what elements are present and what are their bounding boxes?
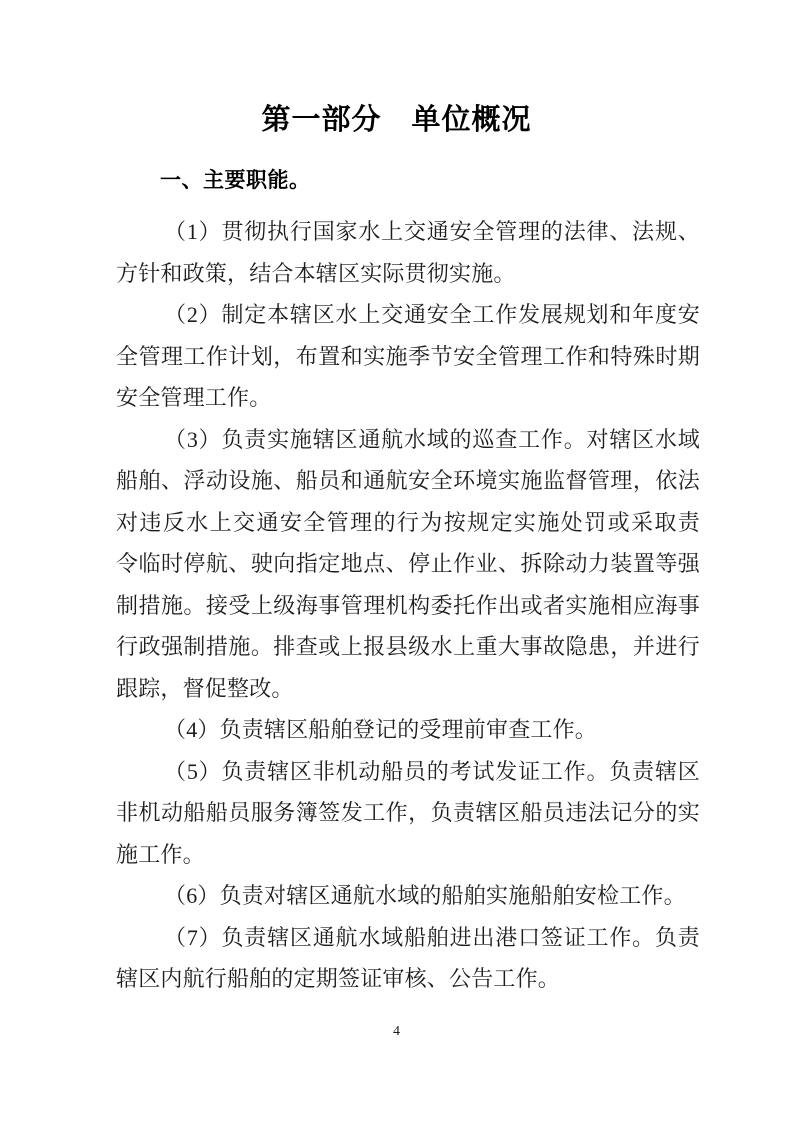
page-content: 第一部分 单位概况 一、主要职能。 （1）贯彻执行国家水上交通安全管理的法律、法… (0, 99, 793, 1000)
text-line: 行政强制措施。排查或上报县级水上重大事故隐患，并进行 (116, 626, 700, 668)
text-line: 非机动船船员服务簿签发工作，负责辖区船员违法记分的实 (116, 792, 700, 834)
text-line: 安全管理工作。 (116, 377, 700, 419)
body-text: （1）贯彻执行国家水上交通安全管理的法律、法规、方针和政策，结合本辖区实际贯彻实… (116, 211, 700, 1000)
text-line: （6）负责对辖区通航水域的船舶实施船舶安检工作。 (116, 875, 700, 917)
paragraph: （7）负责辖区通航水域船舶进出港口签证工作。负责辖区内航行船舶的定期签证审核、公… (116, 917, 700, 1000)
page-number: 4 (0, 1022, 793, 1042)
text-line: （1）贯彻执行国家水上交通安全管理的法律、法规、 (116, 211, 700, 253)
text-line: （3）负责实施辖区通航水域的巡查工作。对辖区水域 (116, 419, 700, 461)
paragraph: （1）贯彻执行国家水上交通安全管理的法律、法规、方针和政策，结合本辖区实际贯彻实… (116, 211, 700, 294)
paragraph: （2）制定本辖区水上交通安全工作发展规划和年度安全管理工作计划，布置和实施季节安… (116, 294, 700, 419)
text-line: 船舶、浮动设施、船员和通航安全环境实施监督管理，依法 (116, 460, 700, 502)
paragraph: （4）负责辖区船舶登记的受理前审查工作。 (116, 709, 700, 751)
text-line: 制措施。接受上级海事管理机构委托作出或者实施相应海事 (116, 585, 700, 627)
text-line: （4）负责辖区船舶登记的受理前审查工作。 (116, 709, 700, 751)
text-line: （5）负责辖区非机动船员的考试发证工作。负责辖区 (116, 751, 700, 793)
text-line: 全管理工作计划，布置和实施季节安全管理工作和特殊时期 (116, 336, 700, 378)
paragraph: （6）负责对辖区通航水域的船舶实施船舶安检工作。 (116, 875, 700, 917)
document-page: 第一部分 单位概况 一、主要职能。 （1）贯彻执行国家水上交通安全管理的法律、法… (0, 0, 793, 1122)
text-line: （2）制定本辖区水上交通安全工作发展规划和年度安 (116, 294, 700, 336)
text-line: 方针和政策，结合本辖区实际贯彻实施。 (116, 253, 700, 295)
text-line: 令临时停航、驶向指定地点、停止作业、拆除动力装置等强 (116, 543, 700, 585)
paragraph: （5）负责辖区非机动船员的考试发证工作。负责辖区非机动船船员服务簿签发工作，负责… (116, 751, 700, 876)
text-line: 对违反水上交通安全管理的行为按规定实施处罚或采取责 (116, 502, 700, 544)
section-heading: 一、主要职能。 (116, 160, 700, 202)
text-line: 施工作。 (116, 834, 700, 876)
document-title: 第一部分 单位概况 (0, 99, 793, 141)
text-line: 辖区内航行船舶的定期签证审核、公告工作。 (116, 958, 700, 1000)
text-line: 跟踪，督促整改。 (116, 668, 700, 710)
text-line: （7）负责辖区通航水域船舶进出港口签证工作。负责 (116, 917, 700, 959)
paragraph: （3）负责实施辖区通航水域的巡查工作。对辖区水域船舶、浮动设施、船员和通航安全环… (116, 419, 700, 710)
